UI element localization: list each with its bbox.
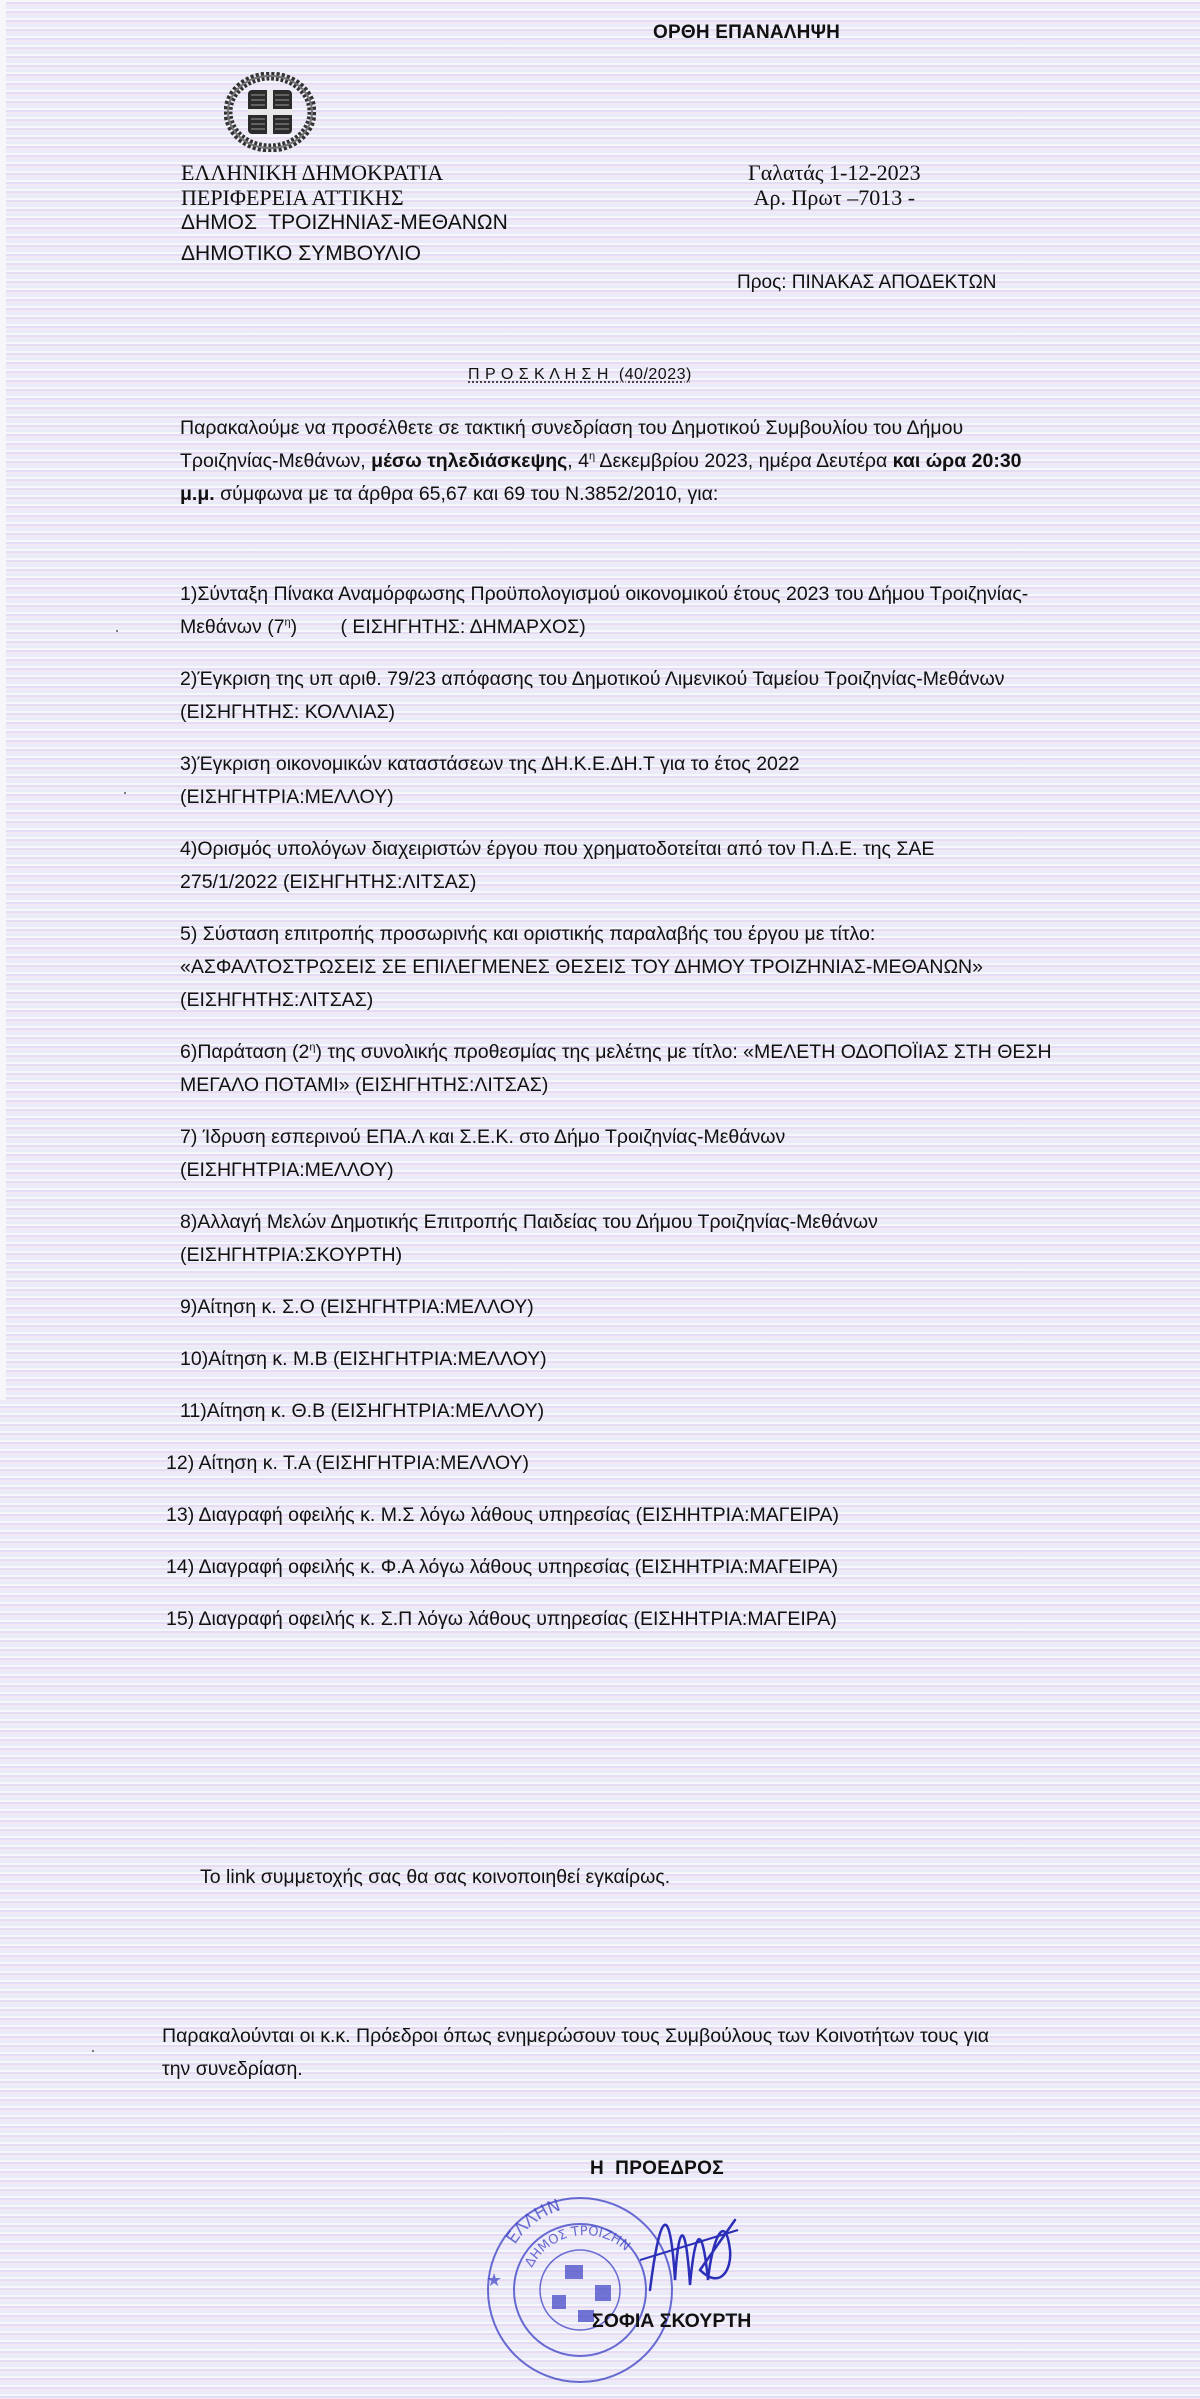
agenda-item: 12) Αίτηση κ. Τ.Α (ΕΙΣΗΓΗΤΡΙΑ:ΜΕΛΛΟΥ) xyxy=(166,1447,1060,1480)
agenda-item: 8)Αλλαγή Μελών Δημοτικής Επιτροπής Παιδε… xyxy=(180,1206,1060,1272)
presidents-note: Παρακαλούνται οι κ.κ. Πρόεδροι όπως ενημ… xyxy=(162,2020,1022,2086)
agenda-item: 5) Σύσταση επιτροπής προσωρινής και ορισ… xyxy=(180,918,1060,1017)
date-block: Γαλατάς 1-12-2023 Αρ. Πρωτ –7013 - xyxy=(748,160,921,210)
intro-paragraph: Παρακαλούμε να προσέλθετε σε τακτική συν… xyxy=(180,412,1030,511)
agenda-item: 6)Παράταση (2η) της συνολικής προθεσμίας… xyxy=(180,1036,1060,1102)
agenda-item: 11)Αίτηση κ. Θ.Β (ΕΙΣΗΓΗΤΡΙΑ:ΜΕΛΛΟΥ) xyxy=(180,1395,1060,1428)
handwritten-signature-icon xyxy=(640,2190,740,2310)
issuer-council: ΔΗΜΟΤΙΚΟ ΣΥΜΒΟΥΛΙΟ xyxy=(181,241,508,266)
issuer-municipality: ΔΗΜΟΣ ΤΡΟΙΖΗΝΙΑΣ-ΜΕΘΑΝΩΝ xyxy=(181,210,508,235)
scan-speck xyxy=(116,630,118,632)
agenda-item: 3)Έγκριση οικονομικών καταστάσεων της ΔΗ… xyxy=(180,748,1060,814)
issuer-block: ΕΛΛΗΝΙΚΗ ΔΗΜΟΚΡΑΤΙΑ ΠΕΡΙΦΕΡΕΙΑ ΑΤΤΙΚΗΣ Δ… xyxy=(181,160,508,266)
agenda-item: 10)Αίτηση κ. Μ.Β (ΕΙΣΗΓΗΤΡΙΑ:ΜΕΛΛΟΥ) xyxy=(180,1343,1060,1376)
agenda-item: 15) Διαγραφή οφειλής κ. Σ.Π λόγω λάθους … xyxy=(166,1603,1060,1636)
agenda-item: 2)Έγκριση της υπ αριθ. 79/23 απόφασης το… xyxy=(180,663,1060,729)
recipient: Προς: ΠΙΝΑΚΑΣ ΑΠΟΔΕΚΤΩΝ xyxy=(737,272,997,294)
intro-bold-mode: μέσω τηλεδιάσκεψης xyxy=(371,450,567,472)
place-date: Γαλατάς 1-12-2023 xyxy=(748,160,921,185)
link-note: Το link συμμετοχής σας θα σας κοινοποιηθ… xyxy=(200,1866,670,1889)
issuer-region: ΠΕΡΙΦΕΡΕΙΑ ΑΤΤΙΚΗΣ xyxy=(181,185,508,210)
greek-coat-of-arms-icon xyxy=(224,72,316,152)
scan-speck xyxy=(92,2050,94,2052)
agenda-item: 1)Σύνταξη Πίνακα Αναμόρφωσης Προϋπολογισ… xyxy=(180,578,1060,644)
signatory-name: ΣΟΦΙΑ ΣΚΟΥΡΤΗ xyxy=(592,2310,751,2333)
agenda-item: 7) Ίδρυση εσπερινού ΕΠΑ.Λ και Σ.Ε.Κ. στο… xyxy=(180,1121,1060,1187)
protocol-number: Αρ. Πρωτ –7013 - xyxy=(748,185,921,210)
agenda-item: 13) Διαγραφή οφειλής κ. Μ.Σ λόγω λάθους … xyxy=(166,1499,1060,1532)
agenda-list: 1)Σύνταξη Πίνακα Αναμόρφωσης Προϋπολογισ… xyxy=(180,578,1060,1655)
intro-text: , 4 xyxy=(567,450,589,472)
signatory-role: Η ΠΡΟΕΔΡΟΣ xyxy=(590,2158,724,2180)
intro-text: Δεκεμβρίου 2023, ημέρα Δευτέρα xyxy=(595,450,893,472)
agenda-item: 9)Αίτηση κ. Σ.Ο (ΕΙΣΗΓΗΤΡΙΑ:ΜΕΛΛΟΥ) xyxy=(180,1291,1060,1324)
scan-speck xyxy=(124,792,126,794)
svg-text:★: ★ xyxy=(486,2270,502,2291)
reissue-label: ΟΡΘΗ ΕΠΑΝΑΛΗΨΗ xyxy=(653,22,840,44)
scan-edge xyxy=(0,0,6,1400)
intro-text: σύμφωνα με τα άρθρα 65,67 και 69 του Ν.3… xyxy=(215,483,719,505)
svg-text:ΔΗΜΟΣ ΤΡΟΙΖΗΝ: ΔΗΜΟΣ ΤΡΟΙΖΗΝ xyxy=(522,2224,633,2270)
agenda-item: 14) Διαγραφή οφειλής κ. Φ.Α λόγω λάθους … xyxy=(166,1551,1060,1584)
issuer-country: ΕΛΛΗΝΙΚΗ ΔΗΜΟΚΡΑΤΙΑ xyxy=(181,160,508,185)
document-title: Π Ρ Ο Σ Κ Λ Η Σ Η (40/2023) xyxy=(468,366,692,384)
agenda-item: 4)Ορισμός υπολόγων διαχειριστών έργου πο… xyxy=(180,833,1060,899)
